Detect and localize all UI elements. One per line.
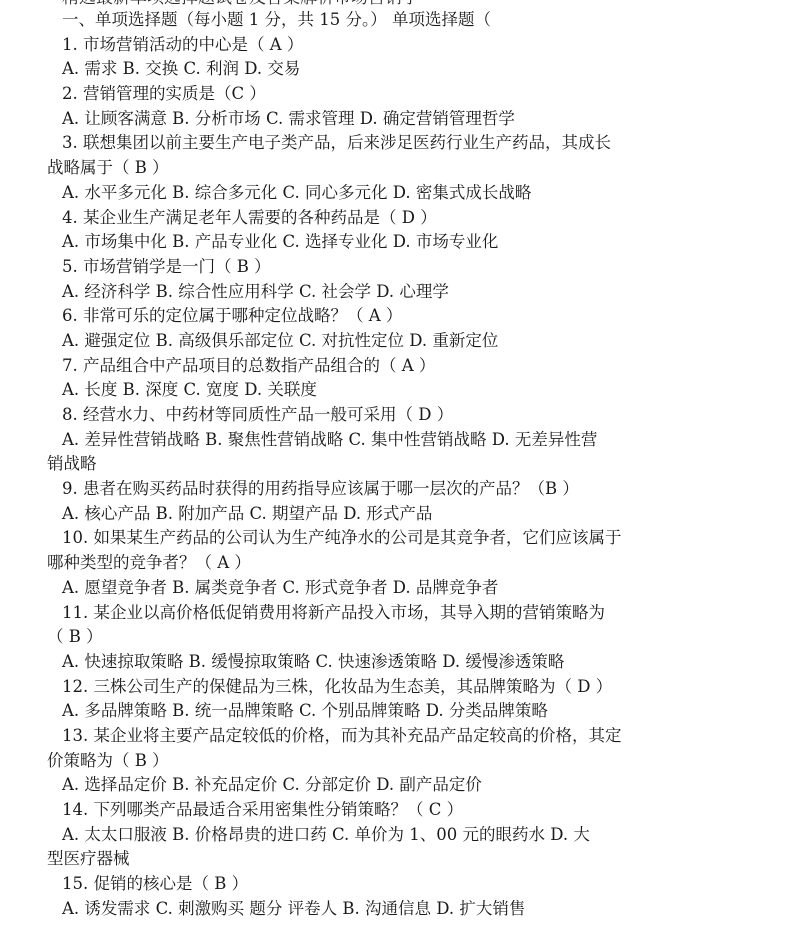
document-page: 精选最新单项选择题试卷及答案解析市场营销学 一、单项选择题（每小题 1 分，共 … <box>0 0 806 930</box>
question-stem: 15. 促销的核心是（ B ） <box>47 872 727 897</box>
question-options-continuation: 型医疗器械 <box>47 847 727 872</box>
question-stem: 13. 某企业将主要产品定较低的价格，而为其补充品产品定较高的价格，其定 <box>47 724 727 749</box>
question-options: A. 经济科学 B. 综合性应用科学 C. 社会学 D. 心理学 <box>47 280 727 305</box>
question-stem: 5. 市场营销学是一门（ B ） <box>47 255 727 280</box>
question-stem: 3. 联想集团以前主要生产电子类产品，后来涉足医药行业生产药品，其成长 <box>47 131 727 156</box>
question-stem-continuation: 哪种类型的竞争者？（ A ） <box>47 551 727 576</box>
question-stem: 10. 如果某生产药品的公司认为生产纯净水的公司是其竞争者，它们应该属于 <box>47 526 727 551</box>
question-stem: 4. 某企业生产满足老年人需要的各种药品是（ D ） <box>47 206 727 231</box>
question-stem: 14. 下列哪类产品最适合采用密集性分销策略？（ C ） <box>47 798 727 823</box>
question-options: A. 让顾客满意 B. 分析市场 C. 需求管理 D. 确定营销管理哲学 <box>47 107 727 132</box>
question-options: A. 选择品定价 B. 补充品定价 C. 分部定价 D. 副产品定价 <box>47 773 727 798</box>
question-list: 一、单项选择题（每小题 1 分，共 15 分。） 单项选择题（ 1. 市场营销活… <box>47 8 727 921</box>
question-options: A. 多品牌策略 B. 统一品牌策略 C. 个别品牌策略 D. 分类品牌策略 <box>47 699 727 724</box>
question-options: A. 水平多元化 B. 综合多元化 C. 同心多元化 D. 密集式成长战略 <box>47 181 727 206</box>
question-options: A. 差异性营销战略 B. 聚焦性营销战略 C. 集中性营销战略 D. 无差异性… <box>47 428 727 453</box>
question-stem: 11. 某企业以高价格低促销费用将新产品投入市场，其导入期的营销策略为 <box>47 601 727 626</box>
question-stem: 8. 经营水力、中药材等同质性产品一般可采用（ D ） <box>47 403 727 428</box>
question-options: A. 诱发需求 C. 刺激购买 题分 评卷人 B. 沟通信息 D. 扩大销售 <box>47 897 727 922</box>
question-options: A. 愿望竞争者 B. 属类竞争者 C. 形式竞争者 D. 品牌竞争者 <box>47 576 727 601</box>
question-stem: 1. 市场营销活动的中心是（ A ） <box>47 33 727 58</box>
question-options: A. 长度 B. 深度 C. 宽度 D. 关联度 <box>47 378 727 403</box>
question-options: A. 快速掠取策略 B. 缓慢掠取策略 C. 快速渗透策略 D. 缓慢渗透策略 <box>47 650 727 675</box>
question-stem: 12. 三株公司生产的保健品为三株，化妆品为生态美，其品牌策略为（ D ） <box>47 675 727 700</box>
question-stem-continuation: 战略属于（ B ） <box>47 156 727 181</box>
question-stem-continuation: （ B ） <box>47 625 727 650</box>
question-options: A. 核心产品 B. 附加产品 C. 期望产品 D. 形式产品 <box>47 502 727 527</box>
question-stem: 6. 非常可乐的定位属于哪种定位战略？（ A ） <box>47 304 727 329</box>
question-stem-continuation: 价策略为（ B ） <box>47 749 727 774</box>
question-stem: 2. 营销管理的实质是（C ） <box>47 82 727 107</box>
section-heading: 一、单项选择题（每小题 1 分，共 15 分。） 单项选择题（ <box>47 8 727 33</box>
question-options-continuation: 销战略 <box>47 452 727 477</box>
question-options: A. 市场集中化 B. 产品专业化 C. 选择专业化 D. 市场专业化 <box>47 230 727 255</box>
question-options: A. 太太口服液 B. 价格昂贵的进口药 C. 单价为 1、00 元的眼药水 D… <box>47 823 727 848</box>
question-options: A. 需求 B. 交换 C. 利润 D. 交易 <box>47 57 727 82</box>
cropped-top-line: 精选最新单项选择题试卷及答案解析市场营销学 <box>62 0 622 8</box>
question-options: A. 避强定位 B. 高级俱乐部定位 C. 对抗性定位 D. 重新定位 <box>47 329 727 354</box>
question-stem: 7. 产品组合中产品项目的总数指产品组合的（ A ） <box>47 354 727 379</box>
question-stem: 9. 患者在购买药品时获得的用药指导应该属于哪一层次的产品？（B ） <box>47 477 727 502</box>
